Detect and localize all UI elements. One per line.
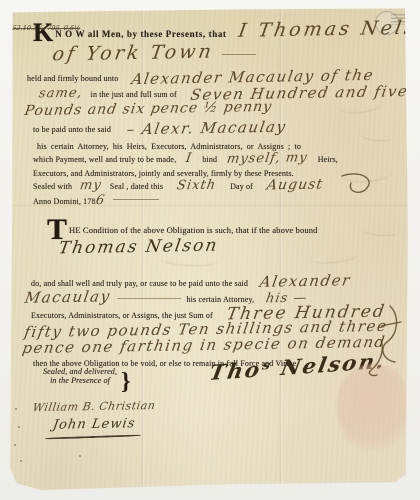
just-sum-print: Executors, Administrators, or Assigns, t… xyxy=(31,311,213,320)
pen-dash xyxy=(222,54,256,55)
bond-line-2: of York Town xyxy=(53,42,256,64)
dated-this-print: Seal , dated this xyxy=(110,182,163,191)
sealed-with-print: Sealed with xyxy=(33,182,72,191)
condition-line-2: Thomas Nelson xyxy=(59,237,218,257)
bleedthrough-mark xyxy=(361,222,402,238)
ink-speck xyxy=(15,408,17,410)
month-hand: August xyxy=(266,177,325,194)
ink-speck xyxy=(18,426,20,428)
condition-opening-print: HE Condition of the above Obligation is … xyxy=(69,225,318,235)
place-hand: of York Town xyxy=(51,41,216,66)
paper-sheet: 352.10.3¼ 705. 0.6½ KN O W all Men, by t… xyxy=(9,8,409,491)
presence-of-print: in the Presence of xyxy=(43,376,117,385)
bond-line-6: to be paid unto the said – Alexr. Macaul… xyxy=(33,119,286,137)
dropcap-k: K xyxy=(33,18,53,47)
same-hand: same, xyxy=(38,86,84,102)
pen-flourish xyxy=(339,170,381,198)
bleedthrough-mark xyxy=(358,126,395,143)
witness-2: John Lewis xyxy=(53,415,135,433)
day-hand: Sixth xyxy=(176,178,217,194)
bond-line-5: Pounds and six pence ½ penny xyxy=(25,100,272,118)
obligor-name-hand: I Thomas Nelson xyxy=(236,16,420,42)
bleedthrough-mark xyxy=(308,245,361,266)
pen-flourish xyxy=(365,338,387,378)
witness-1: William B. Christian xyxy=(33,397,155,415)
bound-name-hand: Thomas Nelson xyxy=(57,236,220,259)
anno-domini-print: Anno Domini, 178 xyxy=(33,197,96,206)
pen-gap-line xyxy=(117,298,181,299)
attestation-block: Sealed, and delivered, in the Presence o… xyxy=(43,367,131,396)
year-digit-hand: 6 xyxy=(94,193,106,208)
ink-speck xyxy=(14,444,16,446)
attestation-brace: } xyxy=(121,369,130,395)
witness-2-name-hand: John Lewis xyxy=(52,416,137,432)
ink-speck xyxy=(20,460,22,462)
bound-unto-print: held and firmly bound unto xyxy=(27,74,118,83)
bond-opening-print: N O W all Men, by these Presents, that xyxy=(55,29,226,39)
ink-speck xyxy=(79,455,81,457)
bond-line-1: KN O W all Men, by these Presents, that … xyxy=(33,18,420,44)
witness-underline-stroke xyxy=(45,434,141,439)
heirs-print: Heirs, xyxy=(318,155,338,164)
witness-1-name-hand: William B. Christian xyxy=(32,399,157,414)
paid-unto-print: to be paid unto the said xyxy=(33,125,111,134)
pay-clause-print: do, and shall well and truly pay, or cau… xyxy=(31,279,248,288)
bond-line-11: Anno Domini, 1786 xyxy=(33,191,159,209)
document-photo: 352.10.3¼ 705. 0.6½ KN O W all Men, by t… xyxy=(0,0,420,500)
sealed-delivered-print: Sealed, and delivered, xyxy=(43,367,117,376)
day-of-print: Day of xyxy=(230,182,253,191)
pen-squiggle xyxy=(113,199,159,200)
sum-words-hand-2: Pounds and six pence ½ penny xyxy=(23,99,273,119)
sum-of-print: in the just and full sum of xyxy=(91,90,177,99)
